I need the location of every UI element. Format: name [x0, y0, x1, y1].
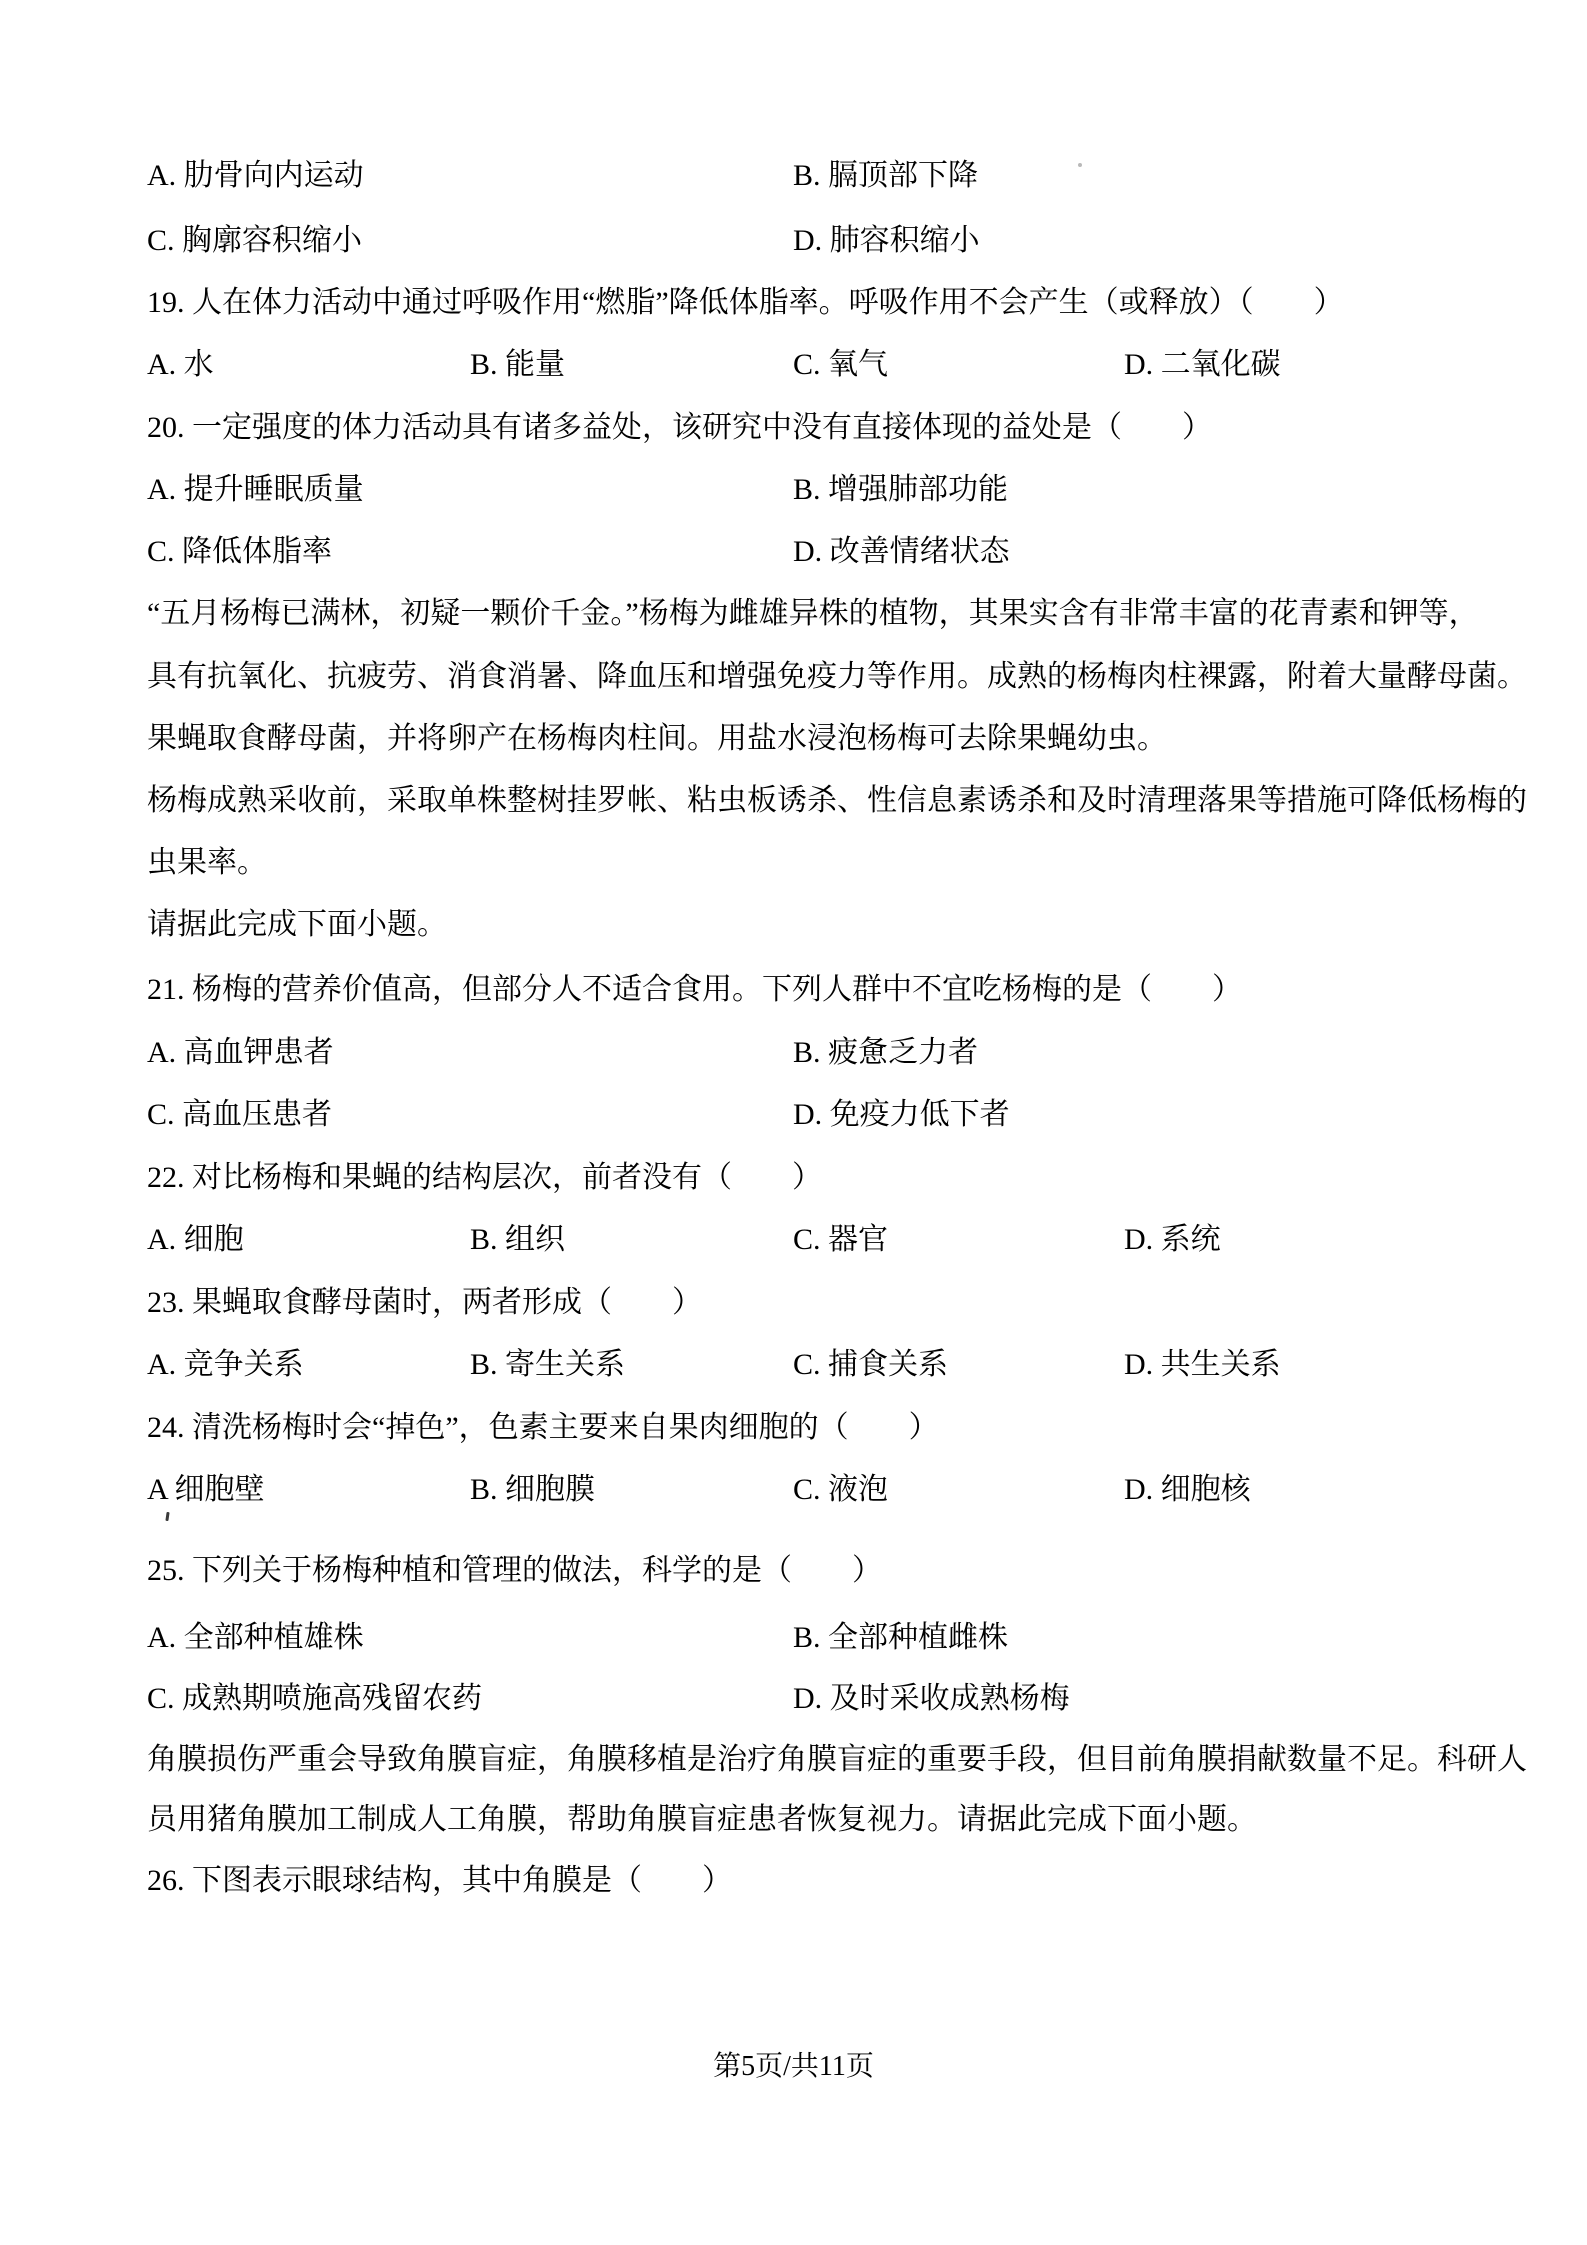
question-26: 26. 下图表示眼球结构，其中角膜是（ ） [147, 1864, 1447, 1904]
option-item: D. 系统 [1124, 1223, 1221, 1258]
option-item: C. 胸廓容积缩小 [147, 224, 362, 259]
options-row: A. 提升睡眠质量 B. 增强肺部功能 [147, 473, 1447, 513]
question-22: 22. 对比杨梅和果蝇的结构层次，前者没有（ ） [147, 1161, 1447, 1201]
option-item: B. 膈顶部下降 [793, 159, 978, 194]
passage-text: 果蝇取食酵母菌，并将卵产在杨梅肉柱间。用盐水浸泡杨梅可去除果蝇幼虫。 [147, 722, 1167, 757]
option-item: D. 共生关系 [1124, 1348, 1281, 1383]
passage-yangmei-line: 虫果率。 [147, 846, 1447, 886]
option-item: A. 竞争关系 [147, 1348, 304, 1383]
option-item: A. 高血钾患者 [147, 1036, 334, 1071]
option-item: A. 细胞 [147, 1223, 244, 1258]
passage-text: 请据此完成下面小题。 [147, 908, 447, 943]
options-row: A. 全部种植雄株 B. 全部种植雌株 [147, 1621, 1447, 1661]
options-row: A. 细胞 B. 组织 C. 器官 D. 系统 [147, 1223, 1447, 1263]
passage-yangmei-line: 具有抗氧化、抗疲劳、消食消暑、降血压和增强免疫力等作用。成熟的杨梅肉柱裸露，附着… [147, 660, 1447, 700]
option-item: D. 改善情绪状态 [793, 535, 1010, 570]
options-row: C. 胸廓容积缩小 D. 肺容积缩小 [147, 224, 1447, 264]
options-row: A. 高血钾患者 B. 疲惫乏力者 [147, 1036, 1447, 1076]
question-text: 22. 对比杨梅和果蝇的结构层次，前者没有（ ） [147, 1161, 822, 1196]
option-item: B. 疲惫乏力者 [793, 1036, 978, 1071]
options-row: A. 肋骨向内运动 B. 膈顶部下降 [147, 159, 1447, 199]
option-item: B. 增强肺部功能 [793, 473, 1008, 508]
option-item: B. 寄生关系 [470, 1348, 625, 1383]
question-text: 20. 一定强度的体力活动具有诸多益处，该研究中没有直接体现的益处是（ ） [147, 411, 1212, 446]
options-row: A. 水 B. 能量 C. 氧气 D. 二氧化碳 [147, 348, 1447, 388]
page-footer: 第5页/共11页 [0, 2044, 1587, 2084]
option-item: D. 免疫力低下者 [793, 1098, 1010, 1133]
question-24: 24. 清洗杨梅时会“掉色”，色素主要来自果肉细胞的（ ） [147, 1411, 1447, 1451]
question-21: 21. 杨梅的营养价值高，但部分人不适合食用。下列人群中不宜吃杨梅的是（ ） [147, 973, 1447, 1013]
question-23: 23. 果蝇取食酵母菌时，两者形成（ ） [147, 1286, 1447, 1326]
passage-yangmei-line: 果蝇取食酵母菌，并将卵产在杨梅肉柱间。用盐水浸泡杨梅可去除果蝇幼虫。 [147, 722, 1447, 762]
passage-text: 员用猪角膜加工制成人工角膜，帮助角膜盲症患者恢复视力。请据此完成下面小题。 [147, 1803, 1257, 1838]
question-text: 26. 下图表示眼球结构，其中角膜是（ ） [147, 1864, 732, 1899]
options-row: C. 降低体脂率 D. 改善情绪状态 [147, 535, 1447, 575]
question-text: 25. 下列关于杨梅种植和管理的做法，科学的是（ ） [147, 1554, 882, 1589]
option-item: C. 器官 [793, 1223, 888, 1258]
passage-text: “五月杨梅已满林，初疑一颗价千金。”杨梅为雌雄异株的植物，其果实含有非常丰富的花… [147, 597, 1479, 632]
question-text: 19. 人在体力活动中通过呼吸作用“燃脂”降低体脂率。呼吸作用不会产生（或释放）… [147, 286, 1344, 321]
passage-text: 具有抗氧化、抗疲劳、消食消暑、降血压和增强免疫力等作用。成熟的杨梅肉柱裸露，附着… [147, 660, 1527, 695]
option-item: B. 细胞膜 [470, 1473, 595, 1508]
passage-yangmei-line: “五月杨梅已满林，初疑一颗价千金。”杨梅为雌雄异株的植物，其果实含有非常丰富的花… [147, 597, 1447, 637]
question-text: 23. 果蝇取食酵母菌时，两者形成（ ） [147, 1286, 702, 1321]
option-item: D. 及时采收成熟杨梅 [793, 1682, 1070, 1717]
passage-instruction: 请据此完成下面小题。 [147, 908, 1447, 948]
option-item: A. 水 [147, 348, 214, 383]
option-item: A. 肋骨向内运动 [147, 159, 364, 194]
option-item: A. 全部种植雄株 [147, 1621, 364, 1656]
option-item: A. 提升睡眠质量 [147, 473, 364, 508]
question-19: 19. 人在体力活动中通过呼吸作用“燃脂”降低体脂率。呼吸作用不会产生（或释放）… [147, 286, 1447, 326]
options-row: A. 竞争关系 B. 寄生关系 C. 捕食关系 D. 共生关系 [147, 1348, 1447, 1388]
passage-cornea-line: 角膜损伤严重会导致角膜盲症，角膜移植是治疗角膜盲症的重要手段，但目前角膜捐献数量… [147, 1743, 1447, 1783]
option-item: B. 组织 [470, 1223, 565, 1258]
options-row: A 细胞壁 B. 细胞膜 C. 液泡 D. 细胞核 [147, 1473, 1447, 1513]
passage-text: 角膜损伤严重会导致角膜盲症，角膜移植是治疗角膜盲症的重要手段，但目前角膜捐献数量… [147, 1743, 1527, 1778]
option-item: D. 细胞核 [1124, 1473, 1251, 1508]
document-page: A. 肋骨向内运动 B. 膈顶部下降 C. 胸廓容积缩小 D. 肺容积缩小 19… [0, 0, 1587, 2245]
option-item: D. 二氧化碳 [1124, 348, 1281, 383]
option-item: A 细胞壁 [147, 1473, 265, 1508]
option-item: C. 液泡 [793, 1473, 888, 1508]
passage-yangmei-line: 杨梅成熟采收前，采取单株整树挂罗帐、粘虫板诱杀、性信息素诱杀和及时清理落果等措施… [147, 784, 1447, 824]
passage-cornea-line: 员用猪角膜加工制成人工角膜，帮助角膜盲症患者恢复视力。请据此完成下面小题。 [147, 1803, 1447, 1843]
passage-text: 虫果率。 [147, 846, 267, 881]
scan-artifact-dot [1078, 163, 1082, 167]
option-item: D. 肺容积缩小 [793, 224, 980, 259]
option-item: C. 氧气 [793, 348, 888, 383]
option-item: B. 全部种植雌株 [793, 1621, 1008, 1656]
option-item: C. 高血压患者 [147, 1098, 332, 1133]
scan-artifact-tick [165, 1512, 169, 1521]
option-item: C. 降低体脂率 [147, 535, 332, 570]
option-item: C. 成熟期喷施高残留农药 [147, 1682, 482, 1717]
question-text: 24. 清洗杨梅时会“掉色”，色素主要来自果肉细胞的（ ） [147, 1411, 939, 1446]
question-text: 21. 杨梅的营养价值高，但部分人不适合食用。下列人群中不宜吃杨梅的是（ ） [147, 973, 1242, 1008]
question-20: 20. 一定强度的体力活动具有诸多益处，该研究中没有直接体现的益处是（ ） [147, 411, 1447, 451]
options-row: C. 高血压患者 D. 免疫力低下者 [147, 1098, 1447, 1138]
passage-text: 杨梅成熟采收前，采取单株整树挂罗帐、粘虫板诱杀、性信息素诱杀和及时清理落果等措施… [147, 784, 1527, 819]
question-25: 25. 下列关于杨梅种植和管理的做法，科学的是（ ） [147, 1554, 1447, 1594]
option-item: C. 捕食关系 [793, 1348, 948, 1383]
options-row: C. 成熟期喷施高残留农药 D. 及时采收成熟杨梅 [147, 1682, 1447, 1722]
option-item: B. 能量 [470, 348, 565, 383]
